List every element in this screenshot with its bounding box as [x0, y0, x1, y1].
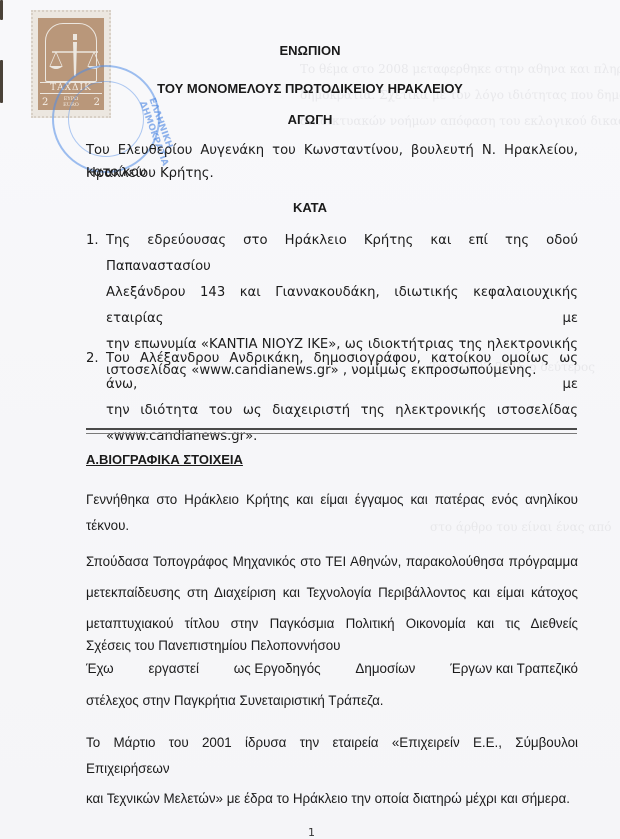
plaintiff-line-2: Ηρακλείου Κρήτης.: [86, 163, 578, 185]
heading-court: ΤΟΥ ΜΟΝΟΜΕΛΟΥΣ ΠΡΩΤΟΔΙΚΕΙΟΥ ΗΡΑΚΛΕΙΟΥ: [0, 81, 620, 96]
paragraph-work-line-2: στέλεχος στην Παγκρήτια Συνεταιριστική Τ…: [86, 688, 578, 714]
paragraph-studies: Σπούδασα Τοπογράφος Μηχανικός στο ΤΕΙ Αθ…: [86, 549, 578, 659]
paragraph-work-line-1: Έχω εργαστεί ως Εργοδηγός Δημοσίων Έργων…: [86, 661, 578, 676]
paragraph-company: Το Μάρτιο του 2001 ίδρυσα την εταιρεία «…: [86, 730, 578, 812]
section-divider: [86, 428, 577, 434]
page-number: 1: [308, 826, 315, 839]
heading-before: ΕΝΩΠΙΟΝ: [0, 43, 620, 58]
heading-against: ΚΑΤΑ: [0, 200, 620, 215]
binder-hole-mark: [0, 0, 3, 20]
paragraph-birth: Γεννήθηκα στο Ηράκλειο Κρήτης και είμαι …: [86, 487, 578, 539]
heading-lawsuit: ΑΓΩΓΗ: [0, 112, 620, 127]
document-page: Το θέμα στο 2008 μεταφερθηκε στην αθηνα …: [0, 0, 620, 839]
defendant-2: 2. Του Αλέξανδρου Ανδρικάκη, δημοσιογράφ…: [106, 346, 578, 450]
section-title-biography: Α.ΒΙΟΓΡΑΦΙΚΑ ΣΤΟΙΧΕΙΑ: [86, 452, 243, 467]
